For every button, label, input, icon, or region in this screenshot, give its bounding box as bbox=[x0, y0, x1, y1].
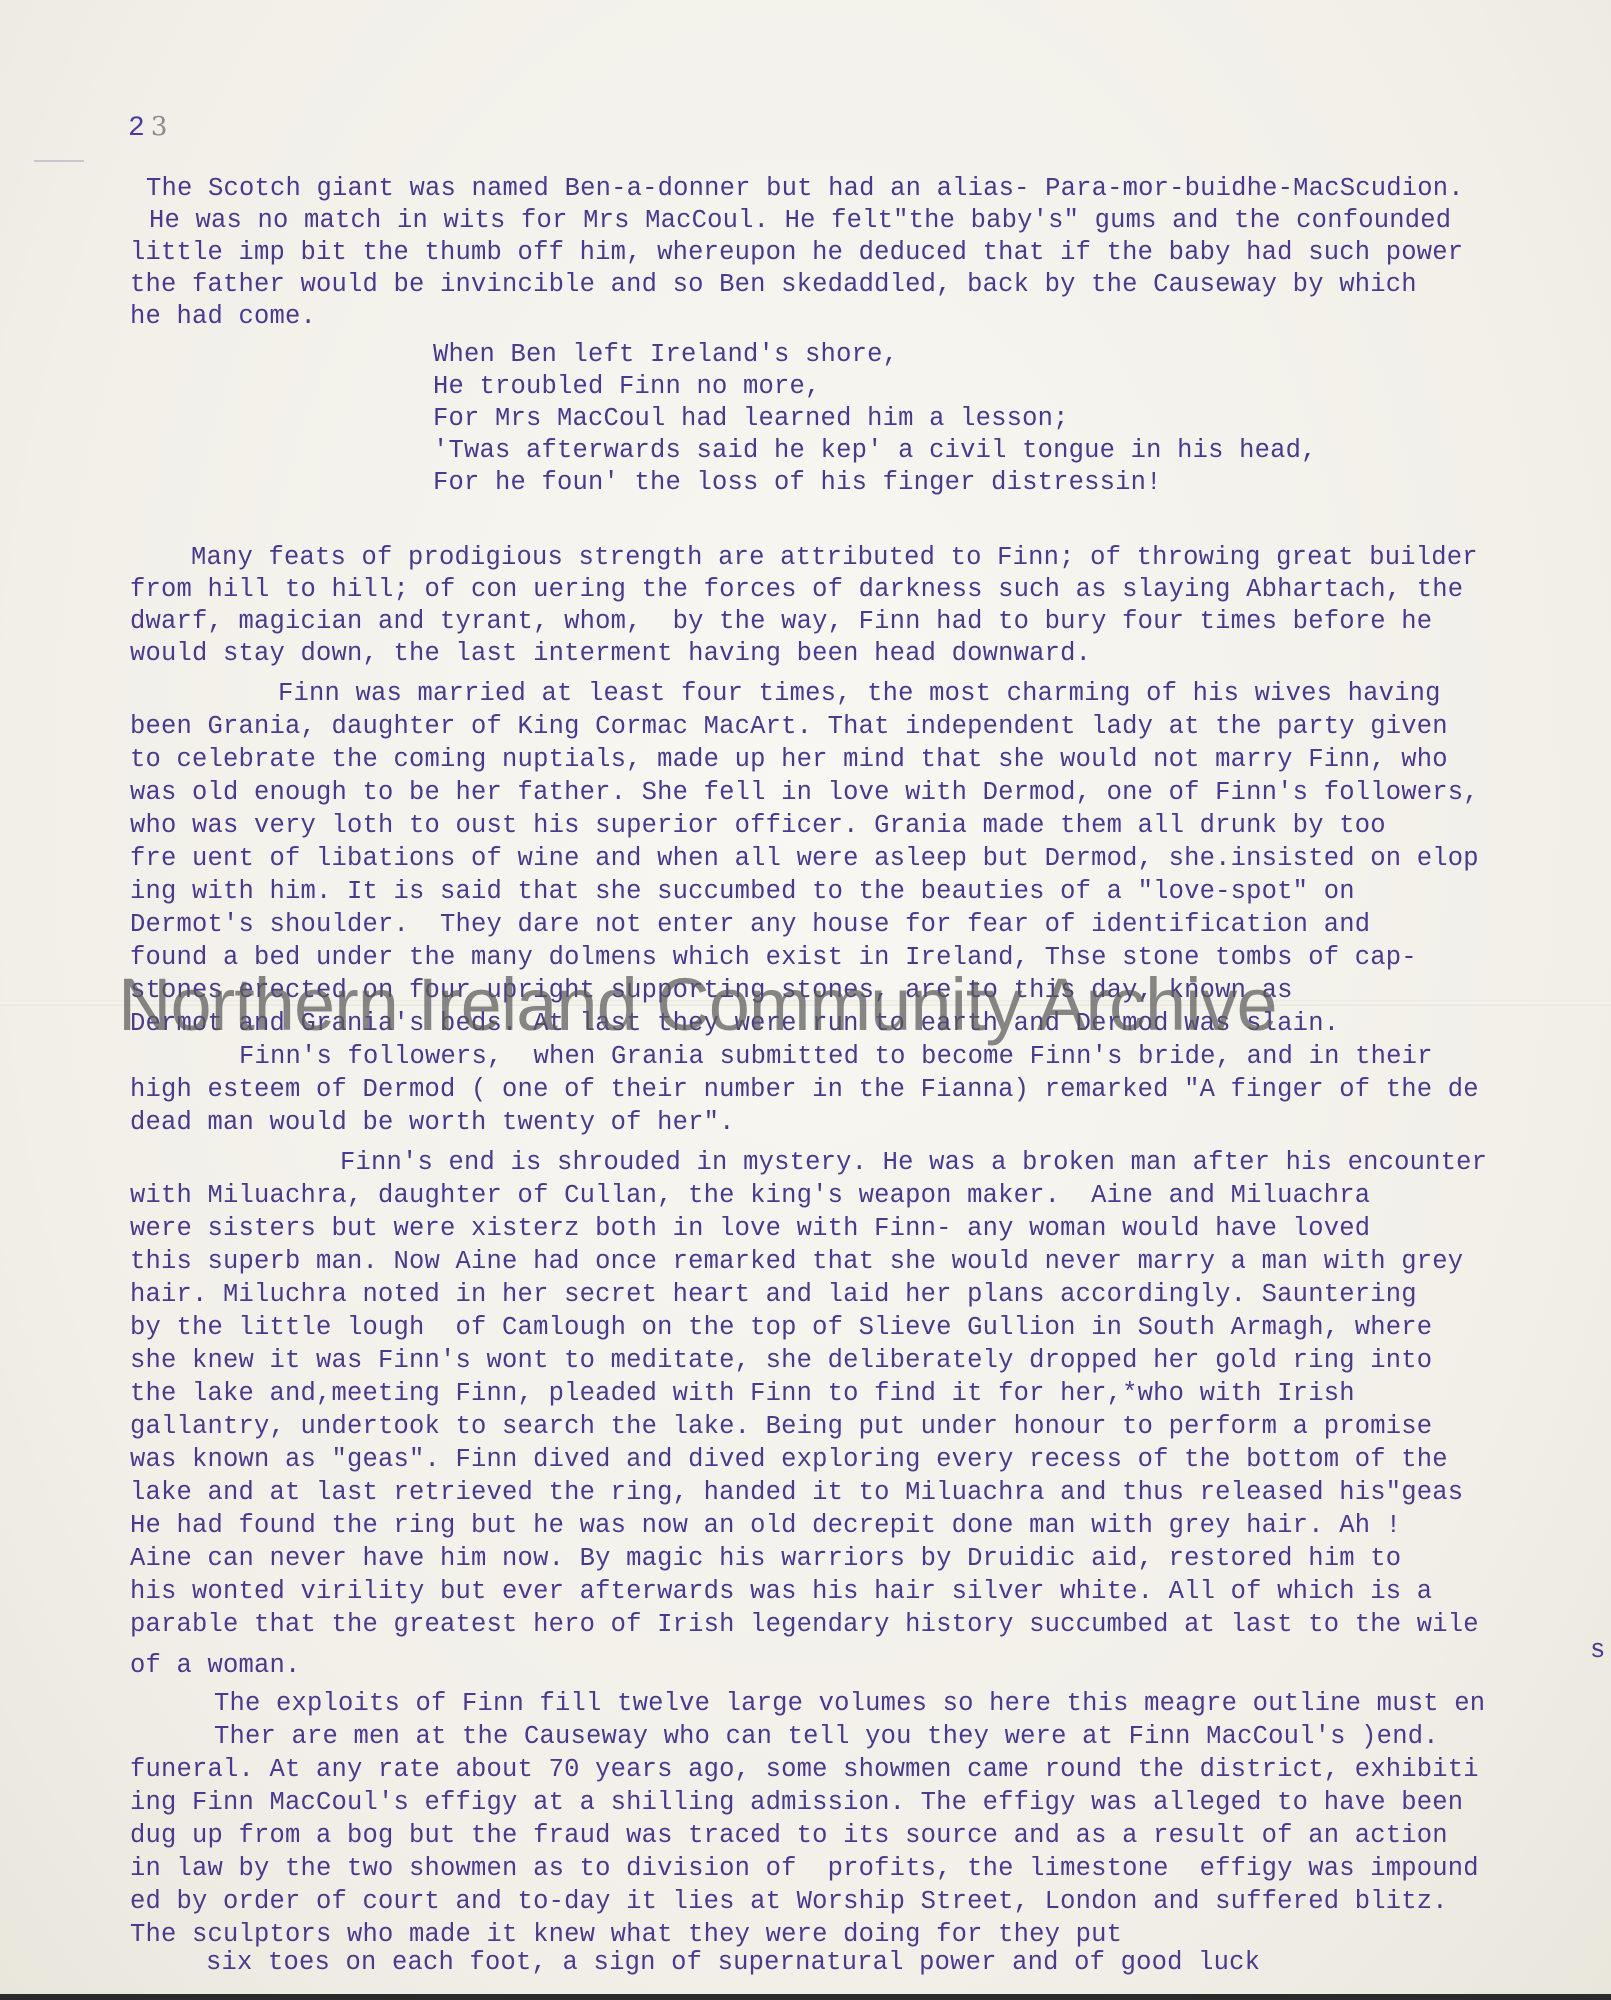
text-line: Ther are men at the Causeway who can tel… bbox=[214, 1724, 1439, 1750]
text-line: from hill to hill; of con uering the for… bbox=[130, 577, 1463, 603]
text-line: He troubled Finn no more, bbox=[433, 374, 821, 400]
text-line: funeral. At any rate about 70 years ago,… bbox=[130, 1757, 1479, 1783]
text-line: the father would be invincible and so Be… bbox=[130, 272, 1417, 298]
text-line: of a woman. bbox=[130, 1653, 301, 1679]
text-line: Finn's end is shrouded in mystery. He wa… bbox=[340, 1150, 1487, 1176]
text-line: fre uent of libations of wine and when a… bbox=[130, 846, 1479, 872]
text-line: she knew it was Finn's wont to meditate,… bbox=[130, 1348, 1432, 1374]
text-line: little imp bit the thumb off him, whereu… bbox=[130, 240, 1463, 266]
text-line: by the little lough of Camlough on the t… bbox=[130, 1315, 1432, 1341]
text-line: 'Twas afterwards said he kep' a civil to… bbox=[433, 438, 1317, 464]
text-line: Aine can never have him now. By magic hi… bbox=[130, 1546, 1401, 1572]
text-line: The exploits of Finn fill twelve large v… bbox=[214, 1691, 1485, 1717]
text-line: would stay down, the last interment havi… bbox=[130, 641, 1091, 667]
text-line: gallantry, undertook to search the lake.… bbox=[130, 1414, 1432, 1440]
text-line: Finn was married at least four times, th… bbox=[278, 681, 1441, 707]
text-line: s bbox=[1590, 1638, 1606, 1664]
text-line: six toes on each foot, a sign of superna… bbox=[206, 1950, 1260, 1976]
text-line: dug up from a bog but the fraud was trac… bbox=[130, 1823, 1448, 1849]
text-line: with Miluachra, daughter of Cullan, the … bbox=[130, 1183, 1370, 1209]
text-line: was old enough to be her father. She fel… bbox=[130, 780, 1479, 806]
page-edge bbox=[0, 1994, 1611, 2000]
text-line: lake and at last retrieved the ring, han… bbox=[130, 1480, 1463, 1506]
text-line: The Scotch giant was named Ben-a-donner … bbox=[146, 176, 1464, 202]
margin-mark bbox=[34, 160, 84, 162]
page-number: 23 bbox=[128, 112, 167, 144]
text-line: For Mrs MacCoul had learned him a lesson… bbox=[433, 406, 1069, 432]
text-line: he had come. bbox=[130, 304, 316, 330]
page-number-pencil: 3 bbox=[151, 112, 168, 142]
text-line: The sculptors who made it knew what they… bbox=[130, 1922, 1122, 1948]
text-line: ing with him. It is said that she succum… bbox=[130, 879, 1355, 905]
text-line: Finn's followers, when Grania submitted … bbox=[239, 1044, 1433, 1070]
text-line: was known as "geas". Finn dived and dive… bbox=[130, 1447, 1448, 1473]
text-line: were sisters but were xisterz both in lo… bbox=[130, 1216, 1370, 1242]
text-line: dwarf, magician and tyrant, whom, by the… bbox=[130, 609, 1432, 635]
text-line: For he foun' the loss of his finger dist… bbox=[433, 470, 1162, 496]
page-number-typed: 2 bbox=[128, 113, 145, 144]
text-line: ed by order of court and to-day it lies … bbox=[130, 1889, 1448, 1915]
text-line: who was very loth to oust his superior o… bbox=[130, 813, 1386, 839]
text-line: Many feats of prodigious strength are at… bbox=[191, 545, 1478, 571]
text-line: He had found the ring but he was now an … bbox=[130, 1513, 1401, 1539]
text-line: He was no match in wits for Mrs MacCoul.… bbox=[149, 208, 1451, 234]
text-line: this superb man. Now Aine had once remar… bbox=[130, 1249, 1463, 1275]
text-line: been Grania, daughter of King Cormac Mac… bbox=[130, 714, 1448, 740]
text-line: parable that the greatest hero of Irish … bbox=[130, 1612, 1479, 1638]
watermark: Northern Ireland Community Archive bbox=[118, 962, 1277, 1047]
text-line: high esteem of Dermod ( one of their num… bbox=[130, 1077, 1479, 1103]
text-line: in law by the two showmen as to division… bbox=[130, 1856, 1479, 1882]
text-line: When Ben left Ireland's shore, bbox=[433, 342, 898, 368]
text-line: the lake and,meeting Finn, pleaded with … bbox=[130, 1381, 1355, 1407]
text-line: dead man would be worth twenty of her". bbox=[130, 1110, 735, 1136]
text-line: to celebrate the coming nuptials, made u… bbox=[130, 747, 1448, 773]
text-line: his wonted virility but ever afterwards … bbox=[130, 1579, 1432, 1605]
text-line: ing Finn MacCoul's effigy at a shilling … bbox=[130, 1790, 1463, 1816]
text-line: Dermot's shoulder. They dare not enter a… bbox=[130, 912, 1370, 938]
text-line: hair. Miluchra noted in her secret heart… bbox=[130, 1282, 1417, 1308]
